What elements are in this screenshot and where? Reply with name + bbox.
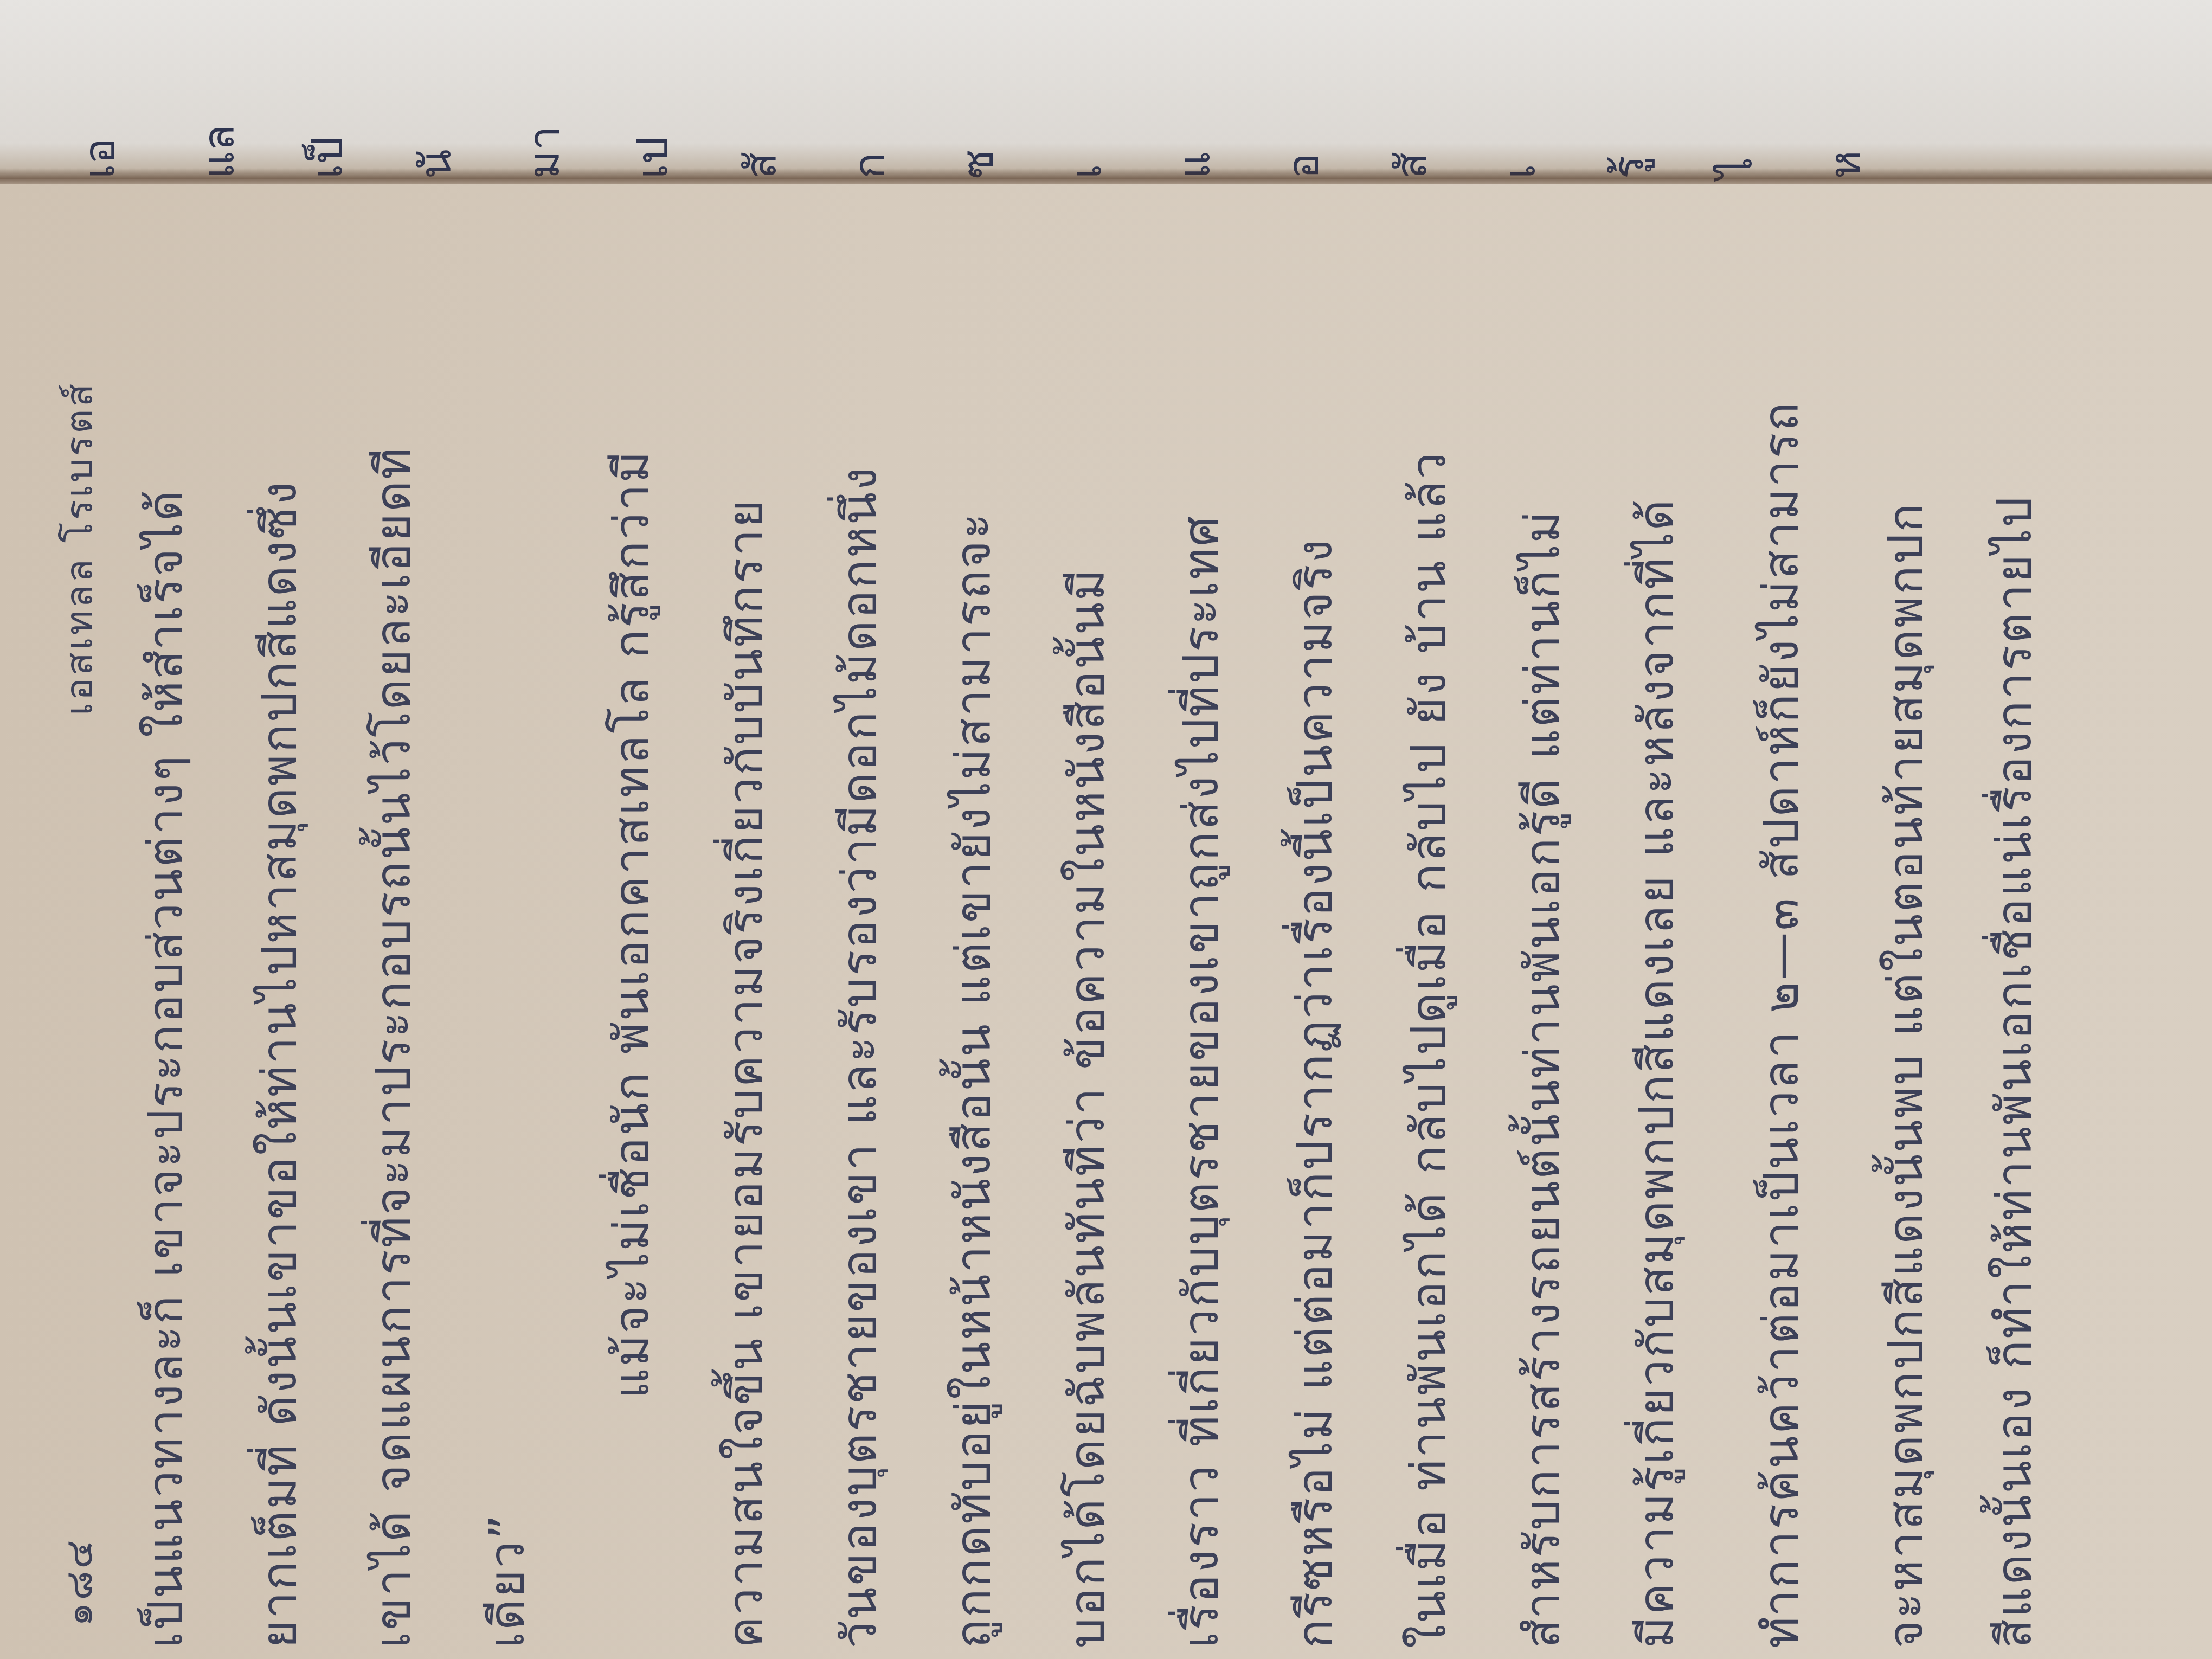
- page-number: ๑๘๔: [49, 1538, 109, 1626]
- text-line: เขาได้ จดแผนการที่จะมาประกอบรถนั้นไว้โดย…: [363, 184, 423, 1648]
- text-line: ทำการค้นคว้าต่อมาเป็นเวลา ๒—๓ สัปดาห์ก็ย…: [1751, 184, 1811, 1648]
- text-line: สำหรับการสร้างรถยนต์นั้นท่านพันเอกรู้ดี …: [1513, 184, 1572, 1648]
- facing-page-text: เอ แล เป็ นั มา เป สั ก ซ เ แ อ สั เ รู้…: [33, 0, 2147, 179]
- page-text-block: ๑๘๔ เอสเทลล โรเบรตส์ เป็นแนวทางละก็ เขาจ…: [33, 184, 2147, 1648]
- text-line: เรื่องราว ที่เกี่ยวกับบุตรชายของเขาถูกส่…: [1171, 184, 1231, 1648]
- text-line: จะหาสมุดพกปกสีแดงนั้นพบ แต่ในตอนท้ายสมุด…: [1876, 184, 1935, 1648]
- text-line: ถูกกดทับอยู่ในหน้าหนังสือนั้น แต่เขายังไ…: [943, 184, 1003, 1648]
- text-line: เป็นแนวทางละก็ เขาจะประกอบส่วนต่างๆ ให้ส…: [136, 184, 195, 1648]
- text-line: สีแดงนั้นเอง ก็ทำให้ท่านพันเอกเชื่อแน่เร…: [1984, 184, 2044, 1648]
- text-line: แม้จะไม่เชื่อนัก พันเอกคาสเทลโล กรู้สึกว…: [602, 0, 661, 1648]
- text-line: ในเมื่อ ท่านพันเอกได้ กลับไปดูเมื่อ กลับ…: [1399, 184, 1458, 1648]
- text-line: บอกได้โดยฉับพลันทันทีว่า ข้อความในหนังสื…: [1057, 184, 1117, 1648]
- running-head: เอสเทลล โรเบรตส์: [49, 382, 109, 716]
- text-line: ยากเต็มที่ ดังนั้นเขาขอให้ท่านไปหาสมุดพก…: [249, 184, 309, 1648]
- text-line: วันของบุตรชายของเขา และรับรองว่ามีดอกไม้…: [829, 184, 889, 1648]
- text-line: มีความรู้เกี่ยวกับสมุดพกปกสีแดงเลย และหล…: [1626, 184, 1686, 1648]
- page-header: ๑๘๔ เอสเทลล โรเบรตส์: [33, 184, 98, 1648]
- text-line: ความสนใจขึ้น เขายอมรับความจริงเกี่ยวกับบ…: [716, 184, 775, 1648]
- text-line: กรีซหรือไม่ แต่ต่อมาก็ปรากฏว่าเรื่องนี้เ…: [1285, 184, 1345, 1648]
- text-line: เดียว”: [477, 184, 537, 1648]
